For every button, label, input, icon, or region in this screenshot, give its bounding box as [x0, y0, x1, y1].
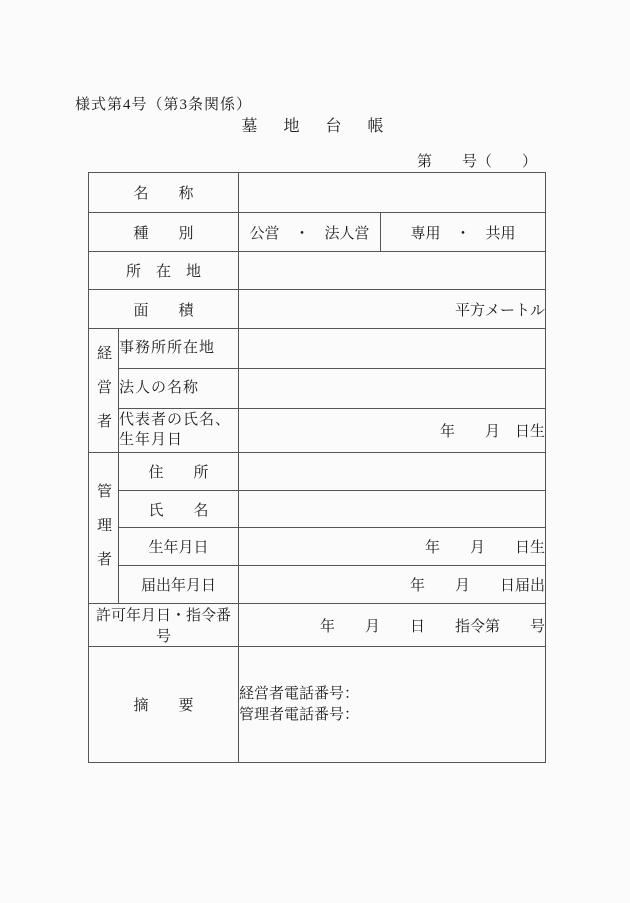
manager-name-label: 氏 名 — [119, 491, 239, 528]
operator-representative-label: 代表者の氏名、生年月日 — [119, 408, 239, 452]
location-value-cell — [239, 252, 546, 290]
permission-label: 許可年月日・指令番号 — [89, 604, 239, 647]
remarks-value-cell: 経営者電話番号： 管理者電話番号： — [239, 647, 546, 763]
manager-notification-date-label: 届出年月日 — [119, 566, 239, 604]
row-category: 種 別 公営 ・ 法人営 専用 ・ 共用 — [89, 213, 546, 252]
remarks-operator-phone-label: 経営者電話番号： — [239, 684, 545, 705]
manager-name-value-cell — [239, 491, 546, 528]
manager-group-label: 管理者 — [93, 483, 114, 585]
manager-group-cell: 管理者 — [89, 453, 119, 604]
operator-office-location-value-cell — [239, 329, 546, 369]
operator-representative-value-cell: 年 月 日生 — [239, 408, 546, 452]
manager-address-value-cell — [239, 453, 546, 491]
row-manager-address: 管理者 住 所 — [89, 453, 546, 491]
row-remarks: 摘 要 経営者電話番号： 管理者電話番号： — [89, 647, 546, 763]
category-usage-options: 専用 ・ 共用 — [381, 213, 546, 252]
manager-address-label: 住 所 — [119, 453, 239, 491]
row-location: 所 在 地 — [89, 252, 546, 290]
row-operator-office: 経営者 事務所所在地 — [89, 329, 546, 369]
row-manager-notification-date: 届出年月日 年 月 日届出 — [89, 566, 546, 604]
remarks-label: 摘 要 — [89, 647, 239, 763]
document-number-line: 第 号（ ） — [417, 150, 537, 171]
row-operator-representative: 代表者の氏名、生年月日 年 月 日生 — [89, 408, 546, 452]
form-style-note: 様式第4号（第3条関係） — [75, 93, 252, 114]
location-label: 所 在 地 — [89, 252, 239, 290]
manager-notification-date-value-cell: 年 月 日届出 — [239, 566, 546, 604]
row-operator-corporation: 法人の名称 — [89, 368, 546, 408]
manager-birthdate-label: 生年月日 — [119, 528, 239, 566]
category-ownership-options: 公営 ・ 法人営 — [239, 213, 381, 252]
row-manager-birthdate: 生年月日 年 月 日生 — [89, 528, 546, 566]
operator-corporation-name-label: 法人の名称 — [119, 368, 239, 408]
name-value-cell — [239, 173, 546, 213]
operator-corporation-name-value-cell — [239, 368, 546, 408]
area-label: 面 積 — [89, 290, 239, 329]
operator-group-cell: 経営者 — [89, 329, 119, 453]
row-name: 名 称 — [89, 173, 546, 213]
operator-group-label: 経営者 — [93, 345, 114, 447]
name-label: 名 称 — [89, 173, 239, 213]
operator-office-location-label: 事務所所在地 — [119, 329, 239, 369]
category-label: 種 別 — [89, 213, 239, 252]
row-permission: 許可年月日・指令番号 年 月 日 指令第 号 — [89, 604, 546, 647]
cemetery-register-table: 名 称 種 別 公営 ・ 法人営 専用 ・ 共用 所 在 地 面 積 平方メート… — [88, 172, 546, 763]
row-area: 面 積 平方メートル — [89, 290, 546, 329]
document-title: 墓 地 台 帳 — [0, 113, 630, 136]
row-manager-name: 氏 名 — [89, 491, 546, 528]
remarks-manager-phone-label: 管理者電話番号： — [239, 705, 545, 726]
manager-birthdate-value-cell: 年 月 日生 — [239, 528, 546, 566]
document-page: 様式第4号（第3条関係） 墓 地 台 帳 第 号（ ） 名 称 種 別 公営 ・… — [0, 0, 630, 903]
area-unit-cell: 平方メートル — [239, 290, 546, 329]
permission-value-cell: 年 月 日 指令第 号 — [239, 604, 546, 647]
